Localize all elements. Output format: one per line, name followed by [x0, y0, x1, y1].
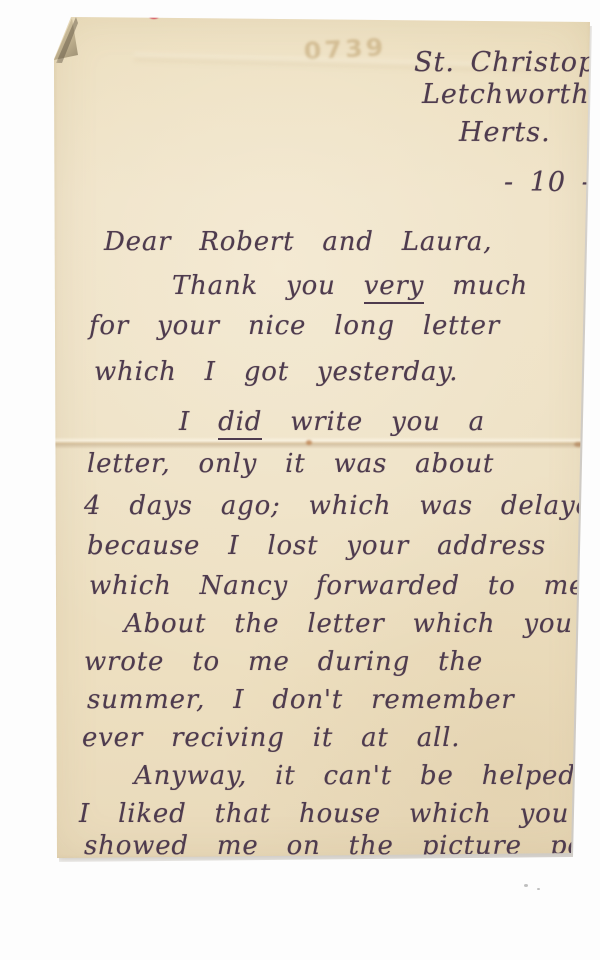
letter-line: Dear Robert and Laura,: [104, 227, 492, 257]
letter-text: letter, only it was about: [87, 449, 494, 479]
letter-line: I did write you a: [179, 407, 485, 437]
letter-text: which I got yesterday.: [94, 357, 458, 387]
letter-line: for your nice long letter: [89, 311, 500, 341]
letter-line: 4 days ago; which was delayed,: [84, 491, 600, 521]
letter-text: I liked that house which you: [79, 799, 569, 829]
letter-line: letter, only it was about: [87, 449, 494, 479]
letter-text: Anyway, it can't be helped.: [134, 761, 585, 791]
letter-text: which Nancy forwarded to me.: [89, 571, 594, 601]
letter-line: because I lost your address: [87, 531, 546, 561]
letter-text: much: [424, 271, 528, 301]
heading-line: - 10 - 38.: [504, 167, 600, 198]
fold-crease: [54, 437, 591, 449]
folded-corner-shadow: [56, 15, 82, 65]
letter-text: for your nice long letter: [89, 311, 500, 341]
heading-line: St. Christopher,: [414, 47, 600, 78]
letter-line: Anyway, it can't be helped.: [134, 761, 585, 791]
heading-line: Herts.: [459, 117, 551, 148]
letter-line: summer, I don't remember: [87, 685, 515, 715]
rust-stain: [306, 440, 312, 445]
letter-text: About the letter which you: [124, 609, 573, 639]
letter-line: Thank you very much: [172, 271, 528, 301]
heading-line: Letchworth,: [422, 79, 599, 110]
letter-paper: 0739 St. Christopher,Letchworth,Herts.- …: [54, 13, 591, 859]
letter-text: I: [179, 407, 218, 437]
letter-line: I liked that house which you: [79, 799, 569, 829]
letter-line: which Nancy forwarded to me.: [89, 571, 594, 601]
underlined-word: did: [218, 407, 262, 440]
letter-text: ever reciving it at all.: [82, 723, 460, 753]
letter-text: Dear Robert and Laura,: [104, 227, 492, 257]
letter-text: because I lost your address: [87, 531, 546, 561]
letter-text: write you a: [262, 407, 485, 437]
red-ink-mark: [149, 14, 159, 19]
background-speck: [524, 884, 528, 887]
letter-line: which I got yesterday.: [94, 357, 458, 387]
letter-line: ever reciving it at all.: [82, 723, 460, 753]
letter-line: wrote to me during the: [84, 647, 483, 677]
photo-background: 0739 St. Christopher,Letchworth,Herts.- …: [0, 0, 600, 960]
underlined-word: very: [364, 271, 424, 304]
letter-text: Thank you: [172, 271, 364, 301]
letter-text: 4 days ago; which was delayed,: [84, 491, 600, 521]
letter-line: About the letter which you: [124, 609, 573, 639]
letter-text: summer, I don't remember: [87, 685, 515, 715]
background-speck: [537, 888, 540, 890]
letter-text: wrote to me during the: [84, 647, 483, 677]
